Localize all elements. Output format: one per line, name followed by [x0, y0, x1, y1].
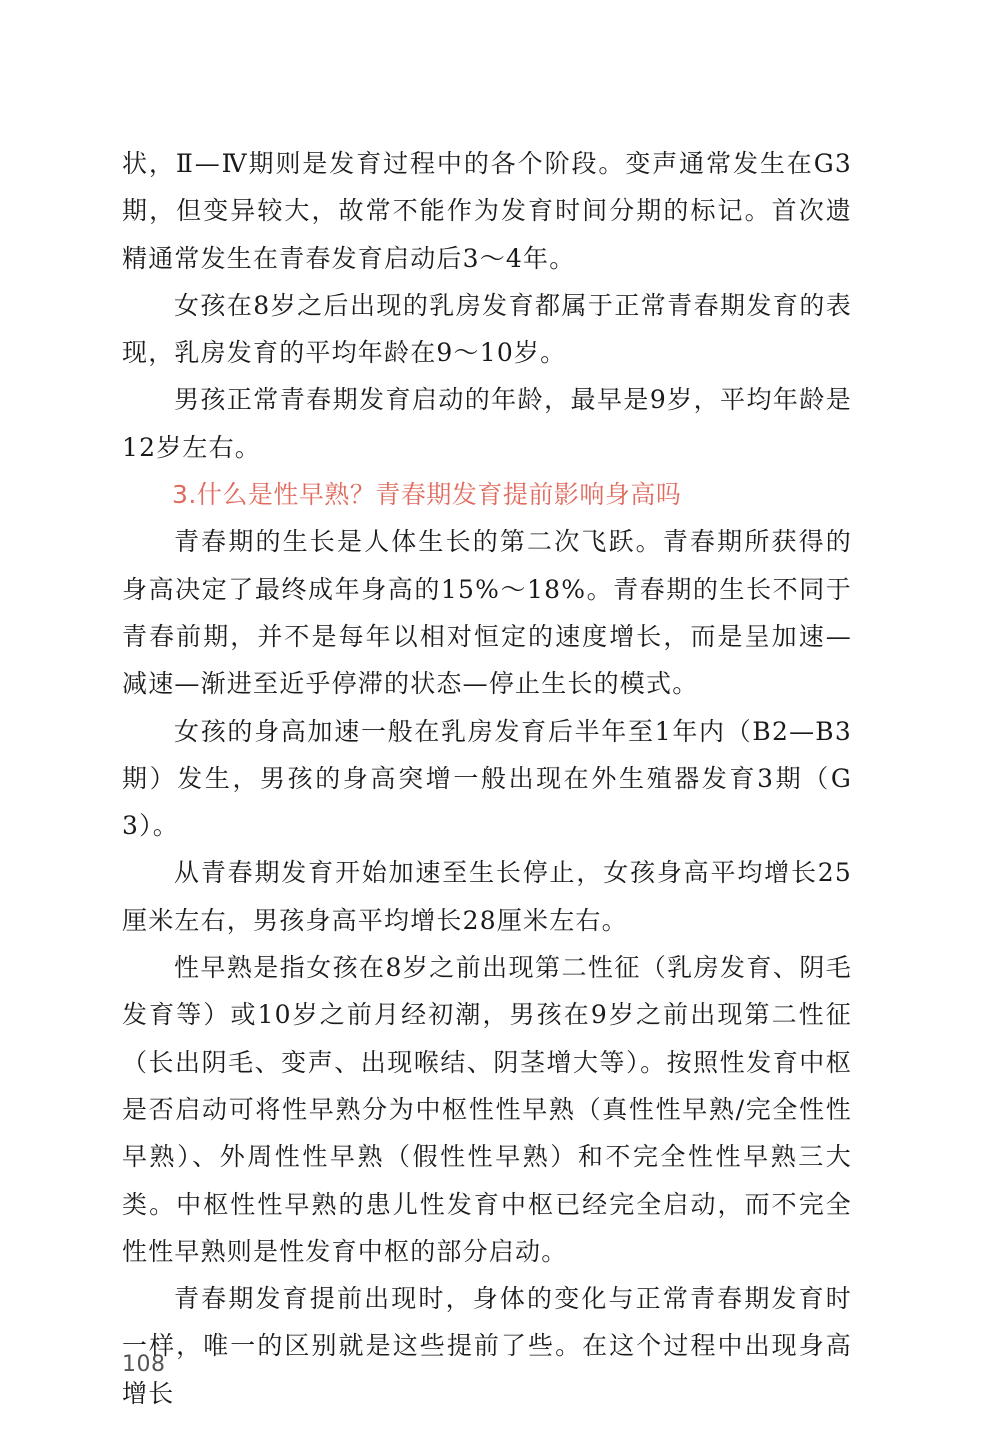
- paragraph-growth-acceleration: 女孩的身高加速一般在乳房发育后半年至1年内（B2—B3期）发生，男孩的身高突增一…: [122, 708, 852, 850]
- page-number: 108: [122, 1352, 166, 1377]
- paragraph-early-puberty-changes: 青春期发育提前出现时，身体的变化与正常青春期发育时一样，唯一的区别就是这些提前了…: [122, 1275, 852, 1417]
- paragraph-height-gain: 从青春期发育开始加速至生长停止，女孩身高平均增长25厘米左右，男孩身高平均增长2…: [122, 849, 852, 944]
- book-page-content: 状，Ⅱ—Ⅳ期则是发育过程中的各个阶段。变声通常发生在G3期，但变异较大，故常不能…: [122, 140, 852, 1417]
- section-heading: 3.什么是性早熟？青春期发育提前影响身高吗: [122, 471, 852, 518]
- paragraph-precocious-puberty-definition: 性早熟是指女孩在8岁之前出现第二性征（乳房发育、阴毛发育等）或10岁之前月经初潮…: [122, 944, 852, 1275]
- paragraph-puberty-growth: 青春期的生长是人体生长的第二次飞跃。青春期所获得的身高决定了最终成年身高的15%…: [122, 518, 852, 707]
- paragraph-girls-breast-development: 女孩在8岁之后出现的乳房发育都属于正常青春期发育的表现，乳房发育的平均年龄在9～…: [122, 282, 852, 377]
- paragraph-continuation: 状，Ⅱ—Ⅳ期则是发育过程中的各个阶段。变声通常发生在G3期，但变异较大，故常不能…: [122, 140, 852, 282]
- paragraph-boys-puberty-onset: 男孩正常青春期发育启动的年龄，最早是9岁，平均年龄是12岁左右。: [122, 376, 852, 471]
